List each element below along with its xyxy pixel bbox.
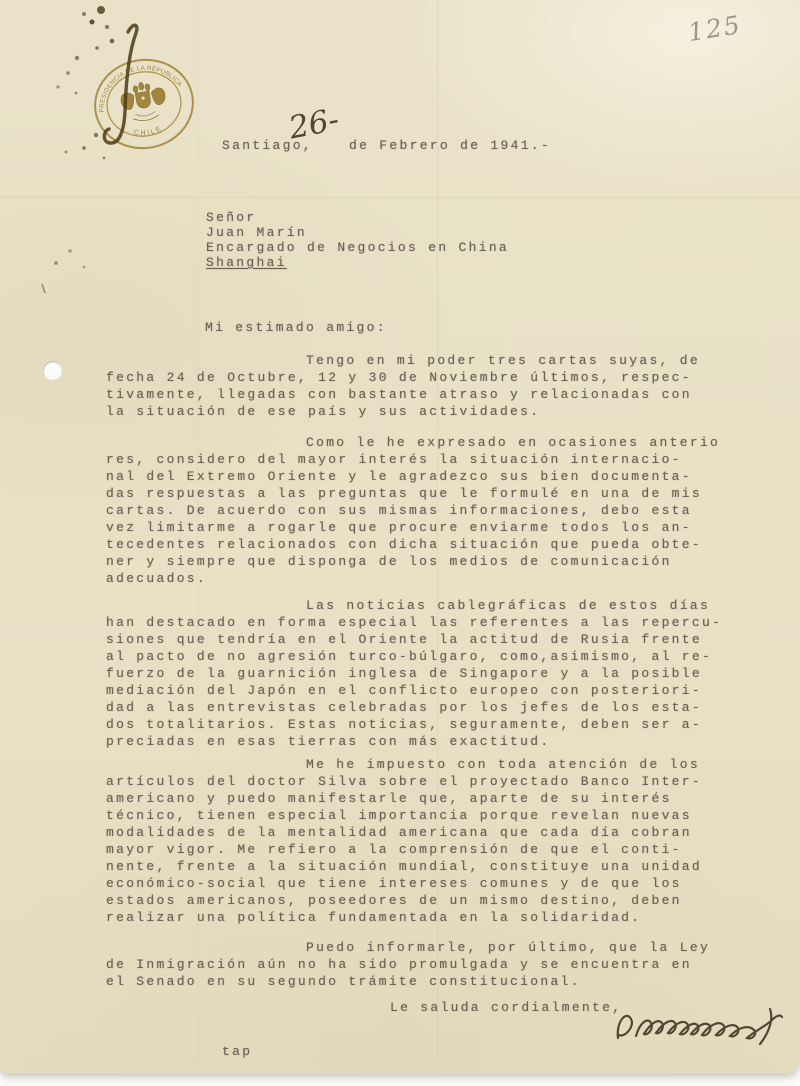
recipient-role: Encargado de Negocios en China <box>206 240 509 255</box>
body-line: al pacto de no agresión turco-búlgaro, c… <box>106 648 722 665</box>
body-line: ner y siempre que disponga de los medios… <box>106 553 720 570</box>
body-line: das respuestas a las preguntas que le fo… <box>106 485 720 502</box>
handwritten-day: 26- <box>286 102 342 147</box>
body-line: mediación del Japón en el conflicto euro… <box>106 682 722 699</box>
paragraph-5: Puedo informarle, por último, que la Ley… <box>106 939 710 990</box>
body-line: tivamente, llegadas con bastante atraso … <box>106 386 700 403</box>
body-line: nal del Extremo Oriente y le agradezco s… <box>106 468 720 485</box>
body-line: res, considero del mayor interés la situ… <box>106 451 720 468</box>
body-line: la situación de ese país y sus actividad… <box>106 403 700 420</box>
body-line: Tengo en mi poder tres cartas suyas, de <box>106 352 700 369</box>
body-line: económico-social que tiene intereses com… <box>106 875 702 892</box>
body-line: preciadas en esas tierras con más exacti… <box>106 733 722 750</box>
punch-hole <box>43 361 62 380</box>
presidential-seal: PRESIDENCIA DE LA REPUBLICA CHILE <box>85 48 203 159</box>
body-line: de Inmigración aún no ha sido promulgada… <box>106 956 710 973</box>
recipient-name: Juan Marín <box>206 225 509 240</box>
body-line: mayor vigor. Me refiero a la comprensión… <box>106 841 702 858</box>
body-line: Me he impuesto con toda atención de los <box>106 756 702 773</box>
body-line: han destacado en forma especial las refe… <box>106 614 722 631</box>
body-line: americano y puedo manifestarle que, apar… <box>106 790 702 807</box>
svg-text:CHILE: CHILE <box>132 125 164 139</box>
archive-number-pencil: 125 <box>686 10 744 47</box>
body-line: modalidades de la mentalidad americana q… <box>106 824 702 841</box>
body-line: cartas. De acuerdo con sus mismas inform… <box>106 502 720 519</box>
seal-bottom-text: CHILE <box>132 125 164 139</box>
paper-sheet: PRESIDENCIA DE LA REPUBLICA CHILE <box>0 0 800 1073</box>
typist-initials: tap <box>222 1044 252 1059</box>
valediction: Le saluda cordialmente, <box>390 1000 622 1015</box>
body-line: Como le he expresado en ocasiones anteri… <box>106 434 720 451</box>
paper-crease <box>0 196 800 199</box>
recipient-title: Señor <box>206 210 509 225</box>
seal-coat-of-arms <box>119 79 169 124</box>
body-line: el Senado en su segundo trámite constitu… <box>106 973 710 990</box>
recipient-city: Shanghai <box>206 255 509 270</box>
body-line: tecedentes relacionados con dicha situac… <box>106 536 720 553</box>
body-line: fecha 24 de Octubre, 12 y 30 de Noviembr… <box>106 369 700 386</box>
body-line: fuerzo de la guarnición inglesa de Singa… <box>106 665 722 682</box>
body-line: artículos del doctor Silva sobre el proy… <box>106 773 702 790</box>
body-line: adecuados. <box>106 570 720 587</box>
body-line: Las noticias cablegráficas de estos días <box>106 597 722 614</box>
body-line: dad a las entrevistas celebradas por los… <box>106 699 722 716</box>
recipient-block: Señor Juan Marín Encargado de Negocios e… <box>206 210 509 270</box>
body-line: nente, frente a la situación mundial, co… <box>106 858 702 875</box>
body-line: realizar una política fundamentada en la… <box>106 909 702 926</box>
paragraph-2: Como le he expresado en ocasiones anteri… <box>106 434 720 587</box>
paragraph-1: Tengo en mi poder tres cartas suyas, de … <box>106 352 700 420</box>
paragraph-4: Me he impuesto con toda atención de los … <box>106 756 702 926</box>
body-line: técnico, tienen especial importancia por… <box>106 807 702 824</box>
body-line: siones que tendría en el Oriente la acti… <box>106 631 722 648</box>
scanned-letter-page: PRESIDENCIA DE LA REPUBLICA CHILE <box>0 0 800 1086</box>
signature-handwriting <box>610 990 795 1058</box>
ink-splatter <box>42 6 114 368</box>
dateline-date: de Febrero de 1941.- <box>349 138 551 153</box>
body-line: Puedo informarle, por último, que la Ley <box>106 939 710 956</box>
salutation: Mi estimado amigo: <box>205 320 387 335</box>
paragraph-3: Las noticias cablegráficas de estos días… <box>106 597 722 750</box>
body-line: dos totalitarios. Estas noticias, segura… <box>106 716 722 733</box>
body-line: vez limitarme a rogarle que procure envi… <box>106 519 720 536</box>
body-line: estados americanos, poseedores de un mis… <box>106 892 702 909</box>
